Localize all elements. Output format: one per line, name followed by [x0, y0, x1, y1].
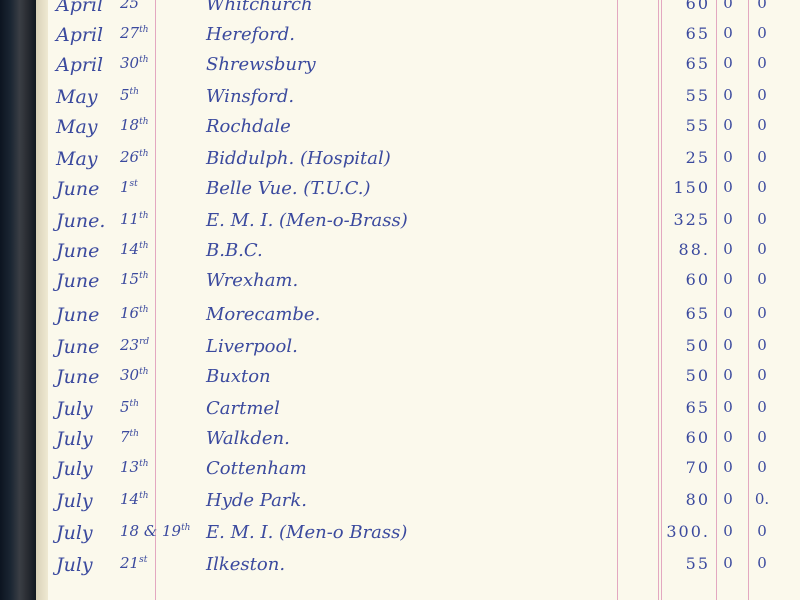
entry-day: 13th [120, 458, 149, 476]
entry-day-suffix: th [130, 429, 139, 439]
entry-day: 30th [120, 54, 149, 72]
ledger-row: June16thMorecambe.6500 [0, 304, 800, 334]
entry-pounds: 65 [640, 398, 710, 417]
entry-pence: 0 [752, 428, 772, 446]
entry-venue: Hereford. [206, 24, 295, 45]
ledger-row: July5thCartmel6500 [0, 398, 800, 428]
entry-month: July [56, 522, 93, 544]
entry-month: May [56, 86, 98, 108]
ledger-row: April27thHereford.6500 [0, 24, 800, 54]
entry-pounds: 325 [640, 210, 710, 229]
entry-day-suffix: th [139, 55, 148, 65]
entry-venue: Rochdale [206, 116, 291, 137]
entry-pence: 0 [752, 54, 772, 72]
entry-day: 18 & 19th [120, 522, 190, 540]
entry-venue: Walkden. [206, 428, 290, 449]
ledger-row: June14thB.B.C.88.00 [0, 240, 800, 270]
entry-month: April [56, 0, 103, 16]
entry-shillings: 0 [718, 178, 738, 196]
entry-pounds: 88. [640, 240, 710, 259]
entry-day: 5th [120, 398, 139, 416]
entry-pounds: 70 [640, 458, 710, 477]
entry-pounds: 60 [640, 428, 710, 447]
entry-day-suffix: th [139, 367, 148, 377]
entry-day: 18th [120, 116, 149, 134]
ledger-row: May26thBiddulph. (Hospital)2500 [0, 148, 800, 178]
entry-pence: 0. [752, 490, 772, 508]
ledger-row: May5thWinsford.5500 [0, 86, 800, 116]
entry-pence: 0 [752, 116, 772, 134]
entry-venue: Ilkeston. [206, 554, 285, 575]
entry-pounds: 60 [640, 270, 710, 289]
entry-month: June [56, 366, 99, 388]
entry-pounds: 55 [640, 86, 710, 105]
entry-venue: B.B.C. [206, 240, 263, 261]
entry-pence: 0 [752, 86, 772, 104]
entry-day: 26th [120, 148, 149, 166]
entry-shillings: 0 [718, 304, 738, 322]
entry-pence: 0 [752, 398, 772, 416]
entry-shillings: 0 [718, 54, 738, 72]
entry-month: July [56, 398, 93, 420]
entry-day: 27th [120, 24, 149, 42]
entry-shillings: 0 [718, 458, 738, 476]
ledger-row: July14thHyde Park.8000. [0, 490, 800, 520]
entry-venue: Shrewsbury [206, 54, 316, 75]
entry-venue: Liverpool. [206, 336, 298, 357]
entry-shillings: 0 [718, 428, 738, 446]
entry-month: June [56, 240, 99, 262]
entry-day-suffix: th [139, 117, 148, 127]
ledger-row: July18 & 19thE. M. I. (Men-o Brass)300.0… [0, 522, 800, 552]
entry-shillings: 0 [718, 398, 738, 416]
entry-venue: Buxton [206, 366, 271, 387]
entry-shillings: 0 [718, 522, 738, 540]
entry-month: July [56, 428, 93, 450]
entry-month: April [56, 24, 103, 46]
entry-day-suffix: th [130, 87, 139, 97]
entry-month: June [56, 304, 99, 326]
entry-shillings: 0 [718, 148, 738, 166]
entry-shillings: 0 [718, 270, 738, 288]
ledger-row: June.11thE. M. I. (Men-o-Brass)32500 [0, 210, 800, 240]
entry-venue: Whitchurch [206, 0, 313, 15]
ledger-row: April30thShrewsbury6500 [0, 54, 800, 84]
entry-day: 1st [120, 178, 138, 196]
entry-day: 11th [120, 210, 149, 228]
entry-day-suffix: th [130, 399, 139, 409]
entry-venue: Morecambe. [206, 304, 320, 325]
entry-shillings: 0 [718, 86, 738, 104]
entry-venue: Biddulph. (Hospital) [206, 148, 391, 169]
entry-pounds: 55 [640, 554, 710, 573]
entry-venue: E. M. I. (Men-o-Brass) [206, 210, 408, 231]
entry-day-suffix: th [181, 523, 190, 533]
entry-day: 25 [120, 0, 139, 12]
entry-pounds: 50 [640, 336, 710, 355]
entry-shillings: 0 [718, 24, 738, 42]
entry-month: June [56, 270, 99, 292]
entry-day: 14th [120, 240, 149, 258]
entry-pence: 0 [752, 270, 772, 288]
entry-day: 15th [120, 270, 149, 288]
entry-day-suffix: th [139, 241, 148, 251]
entry-venue: Winsford. [206, 86, 294, 107]
entry-pence: 0 [752, 554, 772, 572]
entry-pence: 0 [752, 210, 772, 228]
entry-pence: 0 [752, 336, 772, 354]
entry-pounds: 25 [640, 148, 710, 167]
entry-pence: 0 [752, 304, 772, 322]
entry-shillings: 0 [718, 336, 738, 354]
entry-month: May [56, 148, 98, 170]
entry-pounds: 55 [640, 116, 710, 135]
entry-pounds: 50 [640, 366, 710, 385]
entry-pence: 0 [752, 24, 772, 42]
entry-venue: Cartmel [206, 398, 280, 419]
entry-venue: Hyde Park. [206, 490, 307, 511]
ledger-row: April25Whitchurch6000 [0, 0, 800, 24]
entry-day: 30th [120, 366, 149, 384]
entry-month: July [56, 490, 93, 512]
entry-day-suffix: th [139, 149, 148, 159]
entry-venue: E. M. I. (Men-o Brass) [206, 522, 407, 543]
entry-pence: 0 [752, 366, 772, 384]
entry-day-suffix: th [139, 271, 148, 281]
entry-month: June. [56, 210, 105, 232]
entry-shillings: 0 [718, 554, 738, 572]
entry-pence: 0 [752, 178, 772, 196]
entry-pounds: 80 [640, 490, 710, 509]
entry-shillings: 0 [718, 366, 738, 384]
entry-month: July [56, 458, 93, 480]
entry-month: May [56, 116, 98, 138]
ledger-row: July7thWalkden.6000 [0, 428, 800, 458]
entry-day-suffix: th [139, 211, 148, 221]
entry-day: 14th [120, 490, 149, 508]
entry-pounds: 300. [640, 522, 710, 541]
entry-day-suffix: st [130, 179, 138, 189]
entry-venue: Cottenham [206, 458, 307, 479]
entry-venue: Belle Vue. (T.U.C.) [206, 178, 371, 199]
entry-pounds: 60 [640, 0, 710, 13]
ledger-row: June30thBuxton5000 [0, 366, 800, 396]
entry-day-suffix: th [139, 491, 148, 501]
entry-day: 16th [120, 304, 149, 322]
entry-day-suffix: rd [139, 337, 149, 347]
entry-pounds: 65 [640, 24, 710, 43]
entry-month: April [56, 54, 103, 76]
entry-month: June [56, 336, 99, 358]
entry-venue: Wrexham. [206, 270, 298, 291]
entry-day: 21st [120, 554, 147, 572]
ledger-row: July21stIlkeston.5500 [0, 554, 800, 584]
entry-day-suffix: st [139, 555, 147, 565]
entry-day: 7th [120, 428, 139, 446]
ledger-row: July13thCottenham7000 [0, 458, 800, 488]
entry-shillings: 0 [718, 490, 738, 508]
entry-pounds: 65 [640, 54, 710, 73]
entry-shillings: 0 [718, 240, 738, 258]
ledger-row: June23rdLiverpool.5000 [0, 336, 800, 366]
entry-day-suffix: th [139, 459, 148, 469]
entry-shillings: 0 [718, 0, 738, 12]
entry-pence: 0 [752, 0, 772, 12]
entry-day: 23rd [120, 336, 149, 354]
ledger-row: May18thRochdale5500 [0, 116, 800, 146]
entry-pence: 0 [752, 240, 772, 258]
ledger-row: June1stBelle Vue. (T.U.C.)15000 [0, 178, 800, 208]
ledger-row: June15thWrexham.6000 [0, 270, 800, 300]
entry-shillings: 0 [718, 116, 738, 134]
entry-month: June [56, 178, 99, 200]
entry-day-suffix: th [139, 25, 148, 35]
entry-pounds: 150 [640, 178, 710, 197]
entry-day-suffix: th [139, 305, 148, 315]
entry-pounds: 65 [640, 304, 710, 323]
entry-pence: 0 [752, 148, 772, 166]
entry-day: 5th [120, 86, 139, 104]
entry-shillings: 0 [718, 210, 738, 228]
entry-pence: 0 [752, 458, 772, 476]
entry-month: July [56, 554, 93, 576]
entry-pence: 0 [752, 522, 772, 540]
